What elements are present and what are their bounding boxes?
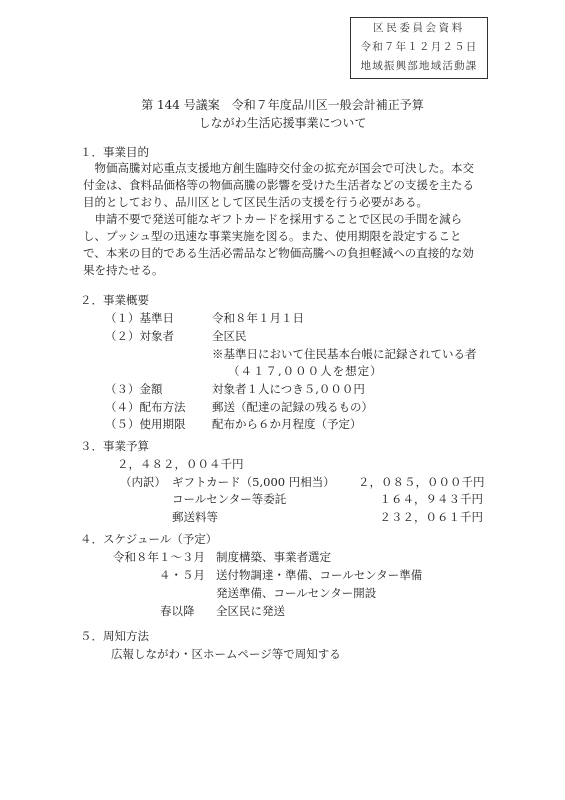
stamp-line-3: 地域振興部地域活動課: [351, 59, 487, 73]
section2-heading: ２．事業概要: [80, 292, 149, 308]
overview-value-expiry: 配布から６か月程度（予定）: [212, 416, 362, 432]
document-stamp-box: 区民委員会資料 令和７年１２月２５日 地域振興部地域活動課: [350, 17, 488, 79]
budget-breakdown-label: （内訳）: [120, 474, 166, 490]
budget-amount-callcenter: １６４，９４３千円: [380, 491, 484, 507]
publicity-method: 広報しながわ・区ホームページ等で周知する: [111, 646, 341, 662]
document-subtitle: しながわ生活応援事業について: [0, 115, 565, 132]
schedule-what-2: 送付物調達・準備、コールセンター準備: [216, 567, 422, 583]
overview-value-amount: 対象者１人につき５,０００円: [212, 381, 365, 397]
section5-heading: ５．周知方法: [80, 628, 149, 644]
overview-label-base-date: （１）基準日: [105, 310, 174, 326]
schedule-what-3: 発送準備、コールセンター開設: [216, 585, 376, 601]
document-title: 第 144 号議案 令和７年度品川区一般会計補正予算: [0, 97, 565, 114]
stamp-line-1: 区民委員会資料: [351, 21, 487, 35]
budget-item-giftcard: ギフトカード（5,000 円相当）: [172, 474, 335, 490]
section1-heading: １．事業目的: [80, 144, 149, 160]
schedule-when-2: ４・５月: [159, 567, 205, 583]
schedule-when-1: 令和８年１～３月: [113, 549, 205, 565]
stamp-line-2: 令和７年１２月２５日: [351, 40, 487, 54]
schedule-what-4: 全区民に発送: [216, 603, 285, 619]
overview-label-expiry: （５）使用期限: [105, 416, 186, 432]
overview-label-target: （２）対象者: [105, 328, 174, 344]
budget-total: ２，４８２，００４千円: [117, 456, 244, 472]
overview-value-distribution: 郵送（配達の記録の残るもの）: [212, 399, 373, 415]
section1-paragraph-2: 申請不要で発送可能なギフトカードを採用することで区民の手間を減らし、プッシュ型の…: [83, 211, 483, 279]
schedule-when-4: 春以降: [160, 603, 195, 619]
overview-target-note: ※基準日において住民基本台帳に記録されている者: [212, 346, 477, 362]
schedule-what-1: 制度構築、事業者選定: [216, 549, 331, 565]
section4-heading: ４．スケジュール（予定）: [80, 531, 217, 547]
section3-heading: ３．事業予算: [80, 438, 149, 454]
overview-target-count: （４１７,０００人を想定）: [228, 363, 383, 379]
overview-value-base-date: 令和８年１月１日: [212, 310, 304, 326]
budget-item-callcenter: コールセンター等委託: [172, 491, 286, 507]
section1-paragraph-1: 物価高騰対応重点支援地方創生臨時交付金の拡充が国会で可決した。本交付金は、食料品…: [83, 160, 483, 211]
overview-label-amount: （３）金額: [105, 381, 163, 397]
overview-label-distribution: （４）配布方法: [105, 399, 186, 415]
budget-item-postage: 郵送料等: [172, 509, 218, 525]
budget-amount-postage: ２３２，０６１千円: [380, 509, 484, 525]
overview-value-target: 全区民: [212, 328, 247, 344]
budget-amount-giftcard: ２，０８５，０００千円: [358, 474, 485, 490]
